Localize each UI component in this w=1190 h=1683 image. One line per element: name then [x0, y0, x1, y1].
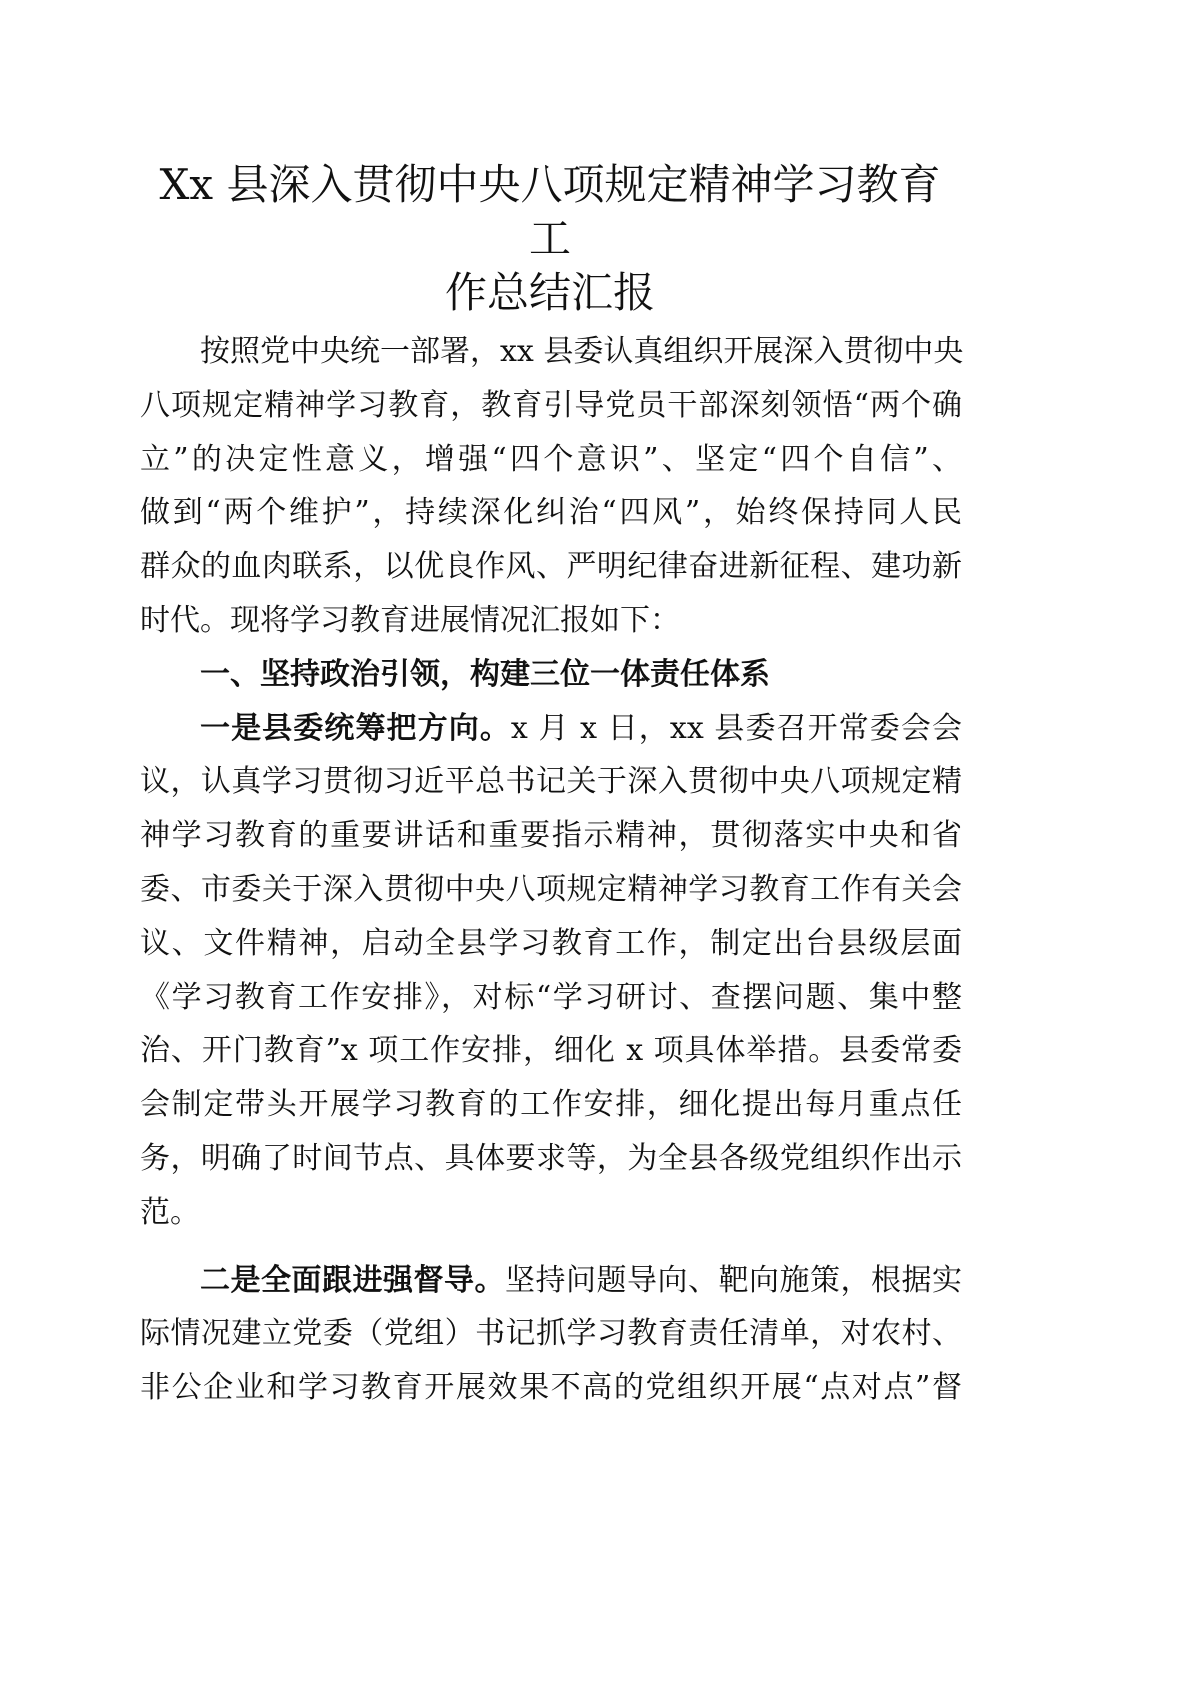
text-line: 二是全面跟进强督导。坚持问题导向、靶向施策，根据实 — [140, 1254, 962, 1308]
document-page: Xx 县深入贯彻中央八项规定精神学习教育工 作总结汇报 按照党中央统一部署，xx… — [0, 0, 1190, 1683]
text-line: 《学习教育工作安排》，对标“学习研讨、查摆问题、集中整 — [140, 971, 962, 1025]
text-line: 议，认真学习贯彻习近平总书记关于深入贯彻中央八项规定精 — [140, 755, 962, 809]
text-line: 神学习教育的重要讲话和重要指示精神，贯彻落实中央和省 — [140, 809, 962, 863]
text-line: 会制定带头开展学习教育的工作安排，细化提出每月重点任 — [140, 1078, 962, 1132]
text-line: 群众的血肉联系，以优良作风、严明纪律奋进新征程、建功新 — [140, 540, 962, 594]
intro-paragraph: 按照党中央统一部署，xx 县委认真组织开展深入贯彻中央 八项规定精神学习教育，教… — [140, 325, 962, 648]
text-line: 八项规定精神学习教育，教育引导党员干部深刻领悟“两个确 — [140, 379, 962, 433]
text-line: 范。 — [140, 1186, 962, 1240]
document-title: Xx 县深入贯彻中央八项规定精神学习教育工 作总结汇报 — [140, 158, 960, 320]
point-text: x 月 x 日，xx 县委召开常委会会 — [511, 711, 962, 746]
section-heading: 一、坚持政治引领，构建三位一体责任体系 — [140, 648, 962, 702]
text-line: 际情况建立党委（党组）书记抓学习教育责任清单，对农村、 — [140, 1307, 962, 1361]
text-line: 按照党中央统一部署，xx 县委认真组织开展深入贯彻中央 — [140, 325, 962, 379]
text-line: 一是县委统筹把方向。x 月 x 日，xx 县委召开常委会会 — [140, 702, 962, 756]
text-line: 议、文件精神，启动全县学习教育工作，制定出台县级层面 — [140, 917, 962, 971]
text-line: 非公企业和学习教育开展效果不高的党组织开展“点对点”督 — [140, 1361, 962, 1415]
title-line-2: 作总结汇报 — [140, 266, 960, 320]
text-line: 时代。现将学习教育进展情况汇报如下： — [140, 594, 962, 648]
text-line: 立”的决定性意义，增强“四个意识”、坚定“四个自信”、 — [140, 433, 962, 487]
text-line: 委、市委关于深入贯彻中央八项规定精神学习教育工作有关会 — [140, 863, 962, 917]
text-line: 务，明确了时间节点、具体要求等，为全县各级党组织作出示 — [140, 1132, 962, 1186]
point-lead: 一是县委统筹把方向。 — [200, 711, 511, 746]
point-text: 坚持问题导向、靶向施策，根据实 — [505, 1263, 962, 1298]
text-line: 做到“两个维护”，持续深化纠治“四风”，始终保持同人民 — [140, 486, 962, 540]
point-2-paragraph: 二是全面跟进强督导。坚持问题导向、靶向施策，根据实 际情况建立党委（党组）书记抓… — [140, 1254, 962, 1415]
title-line-1: Xx 县深入贯彻中央八项规定精神学习教育工 — [140, 158, 960, 266]
document-body: 按照党中央统一部署，xx 县委认真组织开展深入贯彻中央 八项规定精神学习教育，教… — [140, 325, 962, 1415]
text-line: 治、开门教育”x 项工作安排，细化 x 项具体举措。县委常委 — [140, 1024, 962, 1078]
paragraph-gap — [140, 1240, 962, 1254]
point-lead: 二是全面跟进强督导。 — [200, 1263, 505, 1298]
point-1-paragraph: 一是县委统筹把方向。x 月 x 日，xx 县委召开常委会会 议，认真学习贯彻习近… — [140, 702, 962, 1240]
